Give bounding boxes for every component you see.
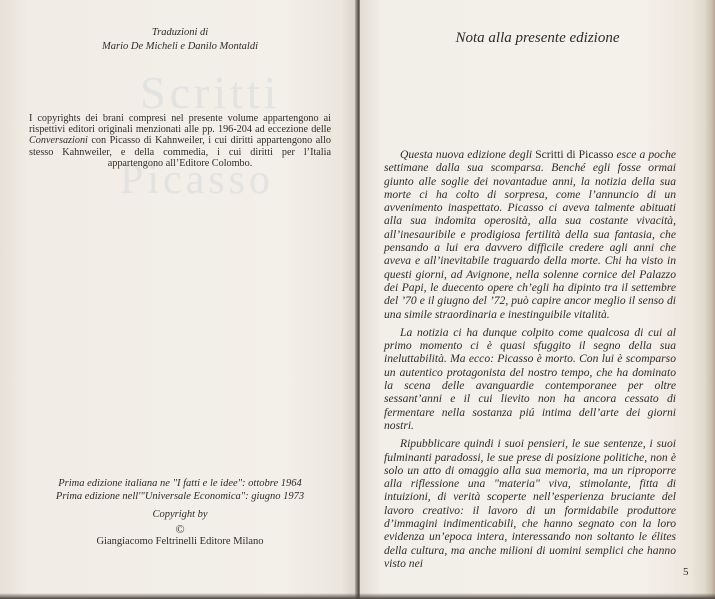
copyright-by: Copyright by xyxy=(0,509,360,522)
copyright-symbol-icon: © xyxy=(0,522,360,536)
edition-line: Prima edizione italiana ne "I fatti e le… xyxy=(0,478,360,491)
paragraph-text: Questa nuova edizione degli xyxy=(400,148,535,161)
translators-label: Traduzioni di xyxy=(0,26,360,40)
translators-names: Mario De Micheli e Danilo Montaldi xyxy=(0,40,360,54)
book-spread: Scritti Picasso Traduzioni di Mario De M… xyxy=(0,0,715,599)
edition-line: Prima edizione nell'"Universale Economic… xyxy=(0,491,360,504)
publisher-name: Giangiacomo Feltrinelli Editore Milano xyxy=(0,536,360,549)
copyright-note: I copyrights dei brani compresi nel pres… xyxy=(29,113,331,169)
showthrough-text: Scritti xyxy=(140,66,280,119)
chapter-title: Nota alla presente edizione xyxy=(360,30,715,47)
paragraph-text: esce a poche settimane dalla sua scompar… xyxy=(384,148,676,321)
body-text: Questa nuova edizione degli Scritti di P… xyxy=(384,148,676,575)
page-edge xyxy=(705,0,715,599)
book-title: Scritti di Picasso xyxy=(535,148,613,161)
paragraph: Ripubblicare quindi i suoi pensieri, le … xyxy=(384,437,676,570)
copyright-note-text: I copyrights dei brani compresi nel pres… xyxy=(29,113,331,135)
paragraph: Questa nuova edizione degli Scritti di P… xyxy=(384,148,676,321)
translators-credit: Traduzioni di Mario De Micheli e Danilo … xyxy=(0,26,360,54)
paragraph: La notizia ci ha dunque colpito come qua… xyxy=(384,326,676,432)
page-number: 5 xyxy=(683,566,689,578)
left-page: Scritti Picasso Traduzioni di Mario De M… xyxy=(0,0,356,599)
bottom-shadow xyxy=(0,593,715,599)
edition-info: Prima edizione italiana ne "I fatti e le… xyxy=(0,478,360,548)
copyright-note-title: Conversazioni xyxy=(29,135,88,146)
